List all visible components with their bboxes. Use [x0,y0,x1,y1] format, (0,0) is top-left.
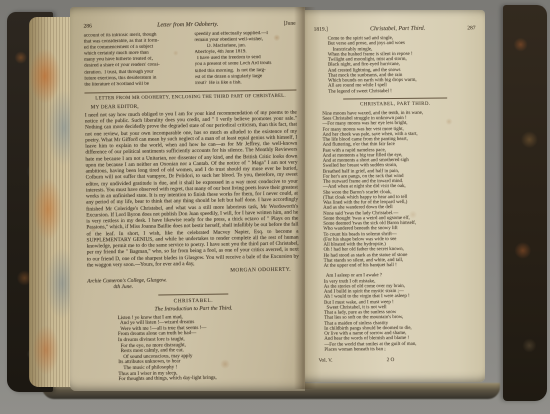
introduction-poem-continued: Come to the spirit sad and single,But ve… [328,35,476,94]
text-line: For thoughts and things, which day-light… [118,375,300,383]
column-left: account of its intrinsic merit, thoughth… [84,32,186,88]
left-page-header: 286 Letter from Mr Odoherty. [June [83,21,295,30]
letter-heading: LETTER FROM MR ODOHERTY, ENCLOSING THE T… [85,94,297,102]
text-line: Places woman beneath its ban ; [324,346,478,353]
column-right: speedily and effectually supplied.—Irema… [194,31,296,87]
right-page-text: 1819.] Christabel, Part Third. 287 Come … [314,25,479,363]
text-line: the literature of Scotland will be [84,81,186,89]
gathering-signature: 2 O [332,357,448,364]
left-running-title: Letter from Mr Odoherty. [92,21,284,30]
left-page: 286 Letter from Mr Odoherty. [June accou… [70,7,305,391]
right-marbled-cover [503,5,547,401]
text-line: The legend of sweet Christabel ! [328,88,476,95]
right-page-footer: Vol. V. 2 O [316,356,478,363]
right-header-year: 1819.] [314,27,328,33]
left-page-number: 286 [83,23,91,29]
poem-divider-rule [343,97,447,99]
book-photo: 286 Letter from Mr Odoherty. [June accou… [0,0,550,414]
stanza-one: Nine moons have waxed, and the tenth, in… [322,110,477,269]
volume-label: Vol. V. [318,358,332,364]
open-book: 286 Letter from Mr Odoherty. [June accou… [0,0,550,414]
part-third-heading: CHRISTABEL, PART THIRD. [314,101,476,107]
divider-rule [158,293,228,295]
right-running-title: Christabel, Part Third. [328,25,468,32]
right-page-number: 287 [467,25,475,31]
letter-body: I need not say how much obliged to you I… [85,109,299,268]
poem-subheading: The Introduction to Part the Third. [87,304,299,313]
left-page-text: 286 Letter from Mr Odoherty. [June accou… [83,21,300,384]
two-column-section: account of its intrinsic merit, thoughth… [84,31,297,89]
text-line: trout? He is like a fish. [195,79,297,87]
right-page-header: 1819.] Christabel, Part Third. 287 [314,25,476,32]
introduction-poem: Listen ! ye know that I am mad, And ye w… [118,313,301,383]
stanza-two: Am I asleep or am I awake ?In very truth… [324,273,479,353]
right-page: 1819.] Christabel, Part Third. 287 Come … [305,10,485,382]
